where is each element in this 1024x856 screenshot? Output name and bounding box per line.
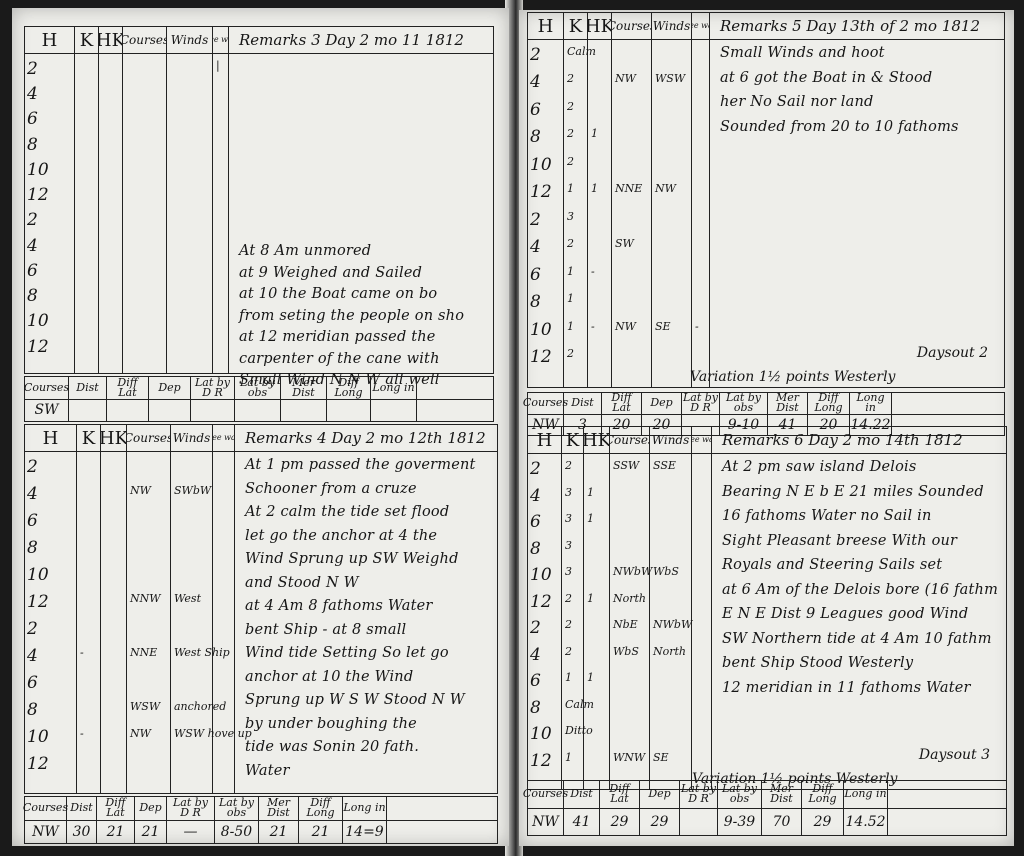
log-cell-knots: 1 xyxy=(565,751,572,764)
summary-value: 29 xyxy=(802,809,844,836)
log-cell-knots: 1 xyxy=(567,292,574,305)
hour-mark: 4 xyxy=(27,84,38,104)
log-cell-half_knots: 1 xyxy=(587,512,594,525)
column-leeway xyxy=(213,451,235,793)
remark-line: Wind tide Setting So let go xyxy=(245,645,449,661)
hour-mark: 10 xyxy=(530,320,552,340)
log-cell-leeway: | xyxy=(216,59,220,72)
header-half_knots: HK xyxy=(584,427,610,453)
hour-mark: 12 xyxy=(530,751,552,771)
summary-value: 8-50 xyxy=(215,821,259,844)
header-half_knots: HK xyxy=(101,425,127,451)
log-cell-courses: NW xyxy=(615,320,636,333)
log-cell-courses: NNE xyxy=(130,646,157,659)
header-courses: Courses xyxy=(610,427,650,453)
remark-line: let go the anchor at 4 the xyxy=(245,528,437,544)
column-courses: NWNNWNNEWSWNW xyxy=(127,451,171,793)
summary-value: 30 xyxy=(67,821,97,844)
header-courses: Courses xyxy=(127,425,171,451)
summary-header: Mer Dist xyxy=(768,393,808,414)
log-cell-winds: NWbW xyxy=(653,618,692,631)
summary-header: Dist xyxy=(564,393,602,414)
summary-header: Diff Long xyxy=(299,797,343,820)
hour-mark: 10 xyxy=(530,155,552,175)
remarks-title: Remarks 4 Day 2 mo 12th 1812 xyxy=(235,425,497,451)
column-knots: Calm22221321112 xyxy=(564,39,588,387)
header-winds: Winds xyxy=(167,27,213,53)
hour-mark: 4 xyxy=(530,486,541,506)
column-courses: NWNNESWNW xyxy=(612,39,652,387)
log-cell-knots: 1 xyxy=(565,671,572,684)
log-cell-courses: SW xyxy=(615,237,634,250)
log-cell-knots: 2 xyxy=(567,155,574,168)
header-knots: K xyxy=(562,427,584,453)
hour-mark: 8 xyxy=(530,292,541,312)
summary-value xyxy=(281,400,327,422)
header-courses: Courses xyxy=(612,13,652,39)
header-leeway: Lee way xyxy=(213,425,235,451)
summary-spacer xyxy=(387,797,497,820)
remark-line: by under boughing the xyxy=(245,716,417,732)
remark-line: Wind Sprung up SW Weighd xyxy=(245,551,459,567)
summary-header: Dist xyxy=(564,781,600,808)
summary-value: 21 xyxy=(299,821,343,844)
summary-value: 14.52 xyxy=(844,809,888,836)
log-cell-winds: NW xyxy=(655,182,676,195)
hour-mark: 6 xyxy=(27,511,38,531)
log-cell-knots: 3 xyxy=(565,539,572,552)
log-cell-winds: West xyxy=(174,592,201,605)
hour-mark: 12 xyxy=(27,185,49,205)
hour-mark: 10 xyxy=(530,724,552,744)
remark-line: E N E Dist 9 Leagues good Wind xyxy=(722,606,968,622)
log-header: HKHKCoursesWindsLee wayRemarks 6 Day 2 m… xyxy=(528,427,1006,454)
log-cell-half_knots: 1 xyxy=(591,127,598,140)
hour-mark: 6 xyxy=(530,512,541,532)
summary-spacer xyxy=(892,393,1004,414)
log-cell-half_knots: 1 xyxy=(587,671,594,684)
hour-mark: 2 xyxy=(530,618,541,638)
hour-mark: 12 xyxy=(27,754,49,774)
log-block-day4: HKHKCoursesWindsLee wayRemarks 4 Day 2 m… xyxy=(24,424,498,794)
log-cell-winds: SE xyxy=(653,751,669,764)
summary-value xyxy=(149,400,191,422)
remark-line: At 2 pm saw island Delois xyxy=(722,459,916,475)
days-out: Daysout 2 xyxy=(917,345,988,361)
log-cell-winds: SE xyxy=(655,320,671,333)
hour-mark: 6 xyxy=(27,673,38,693)
remark-line: carpenter of the cane with xyxy=(239,351,440,367)
remark-line: 16 fathoms Water no Sail in xyxy=(722,508,932,524)
days-out: Daysout 3 xyxy=(919,747,990,763)
summary-header: Lat by obs xyxy=(718,781,762,808)
remarks-title: Remarks 6 Day 2 mo 14th 1812 xyxy=(712,427,1006,453)
log-cell-courses: NW xyxy=(130,484,151,497)
column-winds: SWbWWestWest ShipanchoredWSW hove up xyxy=(171,451,213,793)
column-winds: SSEWbSNWbWNorthSE xyxy=(650,453,692,789)
column-half_knots: 1111 xyxy=(584,453,610,789)
header-knots: K xyxy=(564,13,588,39)
log-cell-courses: NbE xyxy=(613,618,638,631)
hour-mark: 6 xyxy=(27,261,38,281)
log-cell-knots: 3 xyxy=(565,486,572,499)
hour-mark: 4 xyxy=(27,236,38,256)
column-winds: WSWNWSE xyxy=(652,39,692,387)
hour-mark: 8 xyxy=(530,698,541,718)
summary-header: Long in xyxy=(343,797,387,820)
hour-mark: 2 xyxy=(27,457,38,477)
daily-summary-day6: CoursesDistDiff LatDepLat by D RLat by o… xyxy=(527,780,1007,836)
summary-value: 21 xyxy=(135,821,167,844)
remark-line: Water xyxy=(245,763,290,779)
summary-header: Mer Dist xyxy=(281,377,327,399)
hour-mark: 4 xyxy=(27,646,38,666)
summary-header: Lat by obs xyxy=(235,377,281,399)
remark-line: At 2 calm the tide set flood xyxy=(245,504,449,520)
log-cell-knots: 2 xyxy=(567,72,574,85)
hour-mark: 12 xyxy=(530,182,552,202)
summary-header: Diff Long xyxy=(327,377,371,399)
summary-value: 14=9 xyxy=(343,821,387,844)
log-cell-knots: 3 xyxy=(565,512,572,525)
header-knots: K xyxy=(77,425,101,451)
summary-header: Lat by D R xyxy=(167,797,215,820)
log-cell-half_knots: - xyxy=(591,265,595,278)
hour-mark: 6 xyxy=(530,671,541,691)
remark-line: 12 meridian in 11 fathoms Water xyxy=(722,680,971,696)
log-cell-knots: - xyxy=(80,727,84,740)
hour-mark: 8 xyxy=(530,539,541,559)
log-cell-knots: 2 xyxy=(567,237,574,250)
remark-line: at 9 Weighed and Sailed xyxy=(239,265,422,281)
remark-line: tide was Sonin 20 fath. xyxy=(245,739,419,755)
column-leeway: - xyxy=(692,39,710,387)
log-cell-knots: 2 xyxy=(567,127,574,140)
summary-header: Diff Long xyxy=(802,781,844,808)
hour-mark: 4 xyxy=(530,645,541,665)
summary-header: Mer Dist xyxy=(259,797,299,820)
log-cell-knots: 2 xyxy=(565,618,572,631)
column-winds xyxy=(167,53,213,373)
summary-header: Diff Lat xyxy=(97,797,135,820)
log-cell-knots: 2 xyxy=(565,645,572,658)
hour-mark: 12 xyxy=(27,592,49,612)
log-block-day6: HKHKCoursesWindsLee wayRemarks 6 Day 2 m… xyxy=(527,426,1007,790)
log-cell-courses: North xyxy=(613,592,646,605)
hour-mark: 10 xyxy=(27,565,49,585)
column-courses: SSWNWbWNorthNbEWbSWNW xyxy=(610,453,650,789)
summary-value: SW xyxy=(25,400,69,422)
summary-value: 41 xyxy=(564,809,600,836)
header-hour: H xyxy=(528,427,562,453)
summary-value xyxy=(69,400,107,422)
hour-mark: 4 xyxy=(530,72,541,92)
log-cell-courses: NW xyxy=(615,72,636,85)
log-cell-courses: NW xyxy=(130,727,151,740)
log-header: HKHKCoursesWindsLee wayRemarks 4 Day 2 m… xyxy=(25,425,497,452)
header-hour: H xyxy=(528,13,564,39)
column-half_knots xyxy=(99,53,123,373)
column-hour: 2468101224681012 xyxy=(528,453,562,789)
column-knots xyxy=(75,53,99,373)
summary-header: Mer Dist xyxy=(762,781,802,808)
summary-header: Lat by obs xyxy=(215,797,259,820)
column-hour: 2468101224681012 xyxy=(25,53,75,373)
remarks-title: Remarks 5 Day 13th of 2 mo 1812 xyxy=(710,13,1004,39)
column-knots: 233332221CalmDitto1 xyxy=(562,453,584,789)
summary-header: Courses xyxy=(528,781,564,808)
summary-header: Lat by D R xyxy=(191,377,235,399)
log-cell-knots: 1 xyxy=(567,320,574,333)
remark-line: at 4 Am 8 fathoms Water xyxy=(245,598,433,614)
remark-line: Bearing N E b E 21 miles Sounded xyxy=(722,484,984,500)
hour-mark: 2 xyxy=(530,459,541,479)
log-cell-winds: North xyxy=(653,645,686,658)
hour-mark: 4 xyxy=(27,484,38,504)
summary-value xyxy=(327,400,371,422)
remarks-column: At 8 Am unmoredat 9 Weighed and Sailedat… xyxy=(229,53,493,373)
header-winds: Winds xyxy=(650,427,692,453)
summary-header: Lat by obs xyxy=(720,393,768,414)
log-header: HKHKCoursesWindsLee wayRemarks 3 Day 2 m… xyxy=(25,27,493,54)
remarks-title: Remarks 3 Day 2 mo 11 1812 xyxy=(229,27,493,53)
column-hour: 2468101224681012 xyxy=(25,451,77,793)
hour-mark: 2 xyxy=(530,210,541,230)
remark-line: her No Sail nor land xyxy=(720,94,873,110)
log-cell-knots: 3 xyxy=(567,210,574,223)
remark-line: from seting the people on sho xyxy=(239,308,464,324)
header-half_knots: HK xyxy=(99,27,123,53)
remarks-column: At 1 pm passed the govermentSchooner fro… xyxy=(235,451,497,793)
log-cell-knots: 1 xyxy=(567,182,574,195)
summary-header: Dep xyxy=(642,393,682,414)
summary-header: Lat by D R xyxy=(682,393,720,414)
summary-header: Diff Lat xyxy=(600,781,640,808)
log-cell-courses: WNW xyxy=(613,751,645,764)
remark-line: and Stood N W xyxy=(245,575,359,591)
hour-mark: 12 xyxy=(530,592,552,612)
remark-line: at 6 Am of the Delois bore (16 fathm xyxy=(722,582,998,598)
remark-line: anchor at 10 the Wind xyxy=(245,669,413,685)
log-cell-half_knots: 1 xyxy=(587,592,594,605)
remark-line: SW Northern tide at 4 Am 10 fathm xyxy=(722,631,992,647)
header-winds: Winds xyxy=(652,13,692,39)
summary-header: Dep xyxy=(640,781,680,808)
log-header: HKHKCoursesWindsLee wayRemarks 5 Day 13t… xyxy=(528,13,1004,40)
summary-header: Diff Long xyxy=(808,393,850,414)
remark-line: at 6 got the Boat in & Stood xyxy=(720,70,932,86)
summary-value: 29 xyxy=(640,809,680,836)
header-leeway: Lee way xyxy=(692,13,710,39)
log-cell-knots: - xyxy=(80,646,84,659)
hour-mark: 10 xyxy=(27,311,49,331)
summary-header: Long in xyxy=(371,377,417,399)
remark-line: bent Ship - at 8 small xyxy=(245,622,406,638)
column-half_knots xyxy=(101,451,127,793)
log-block-day5: HKHKCoursesWindsLee wayRemarks 5 Day 13t… xyxy=(527,12,1005,388)
log-cell-courses: NNW xyxy=(130,592,161,605)
hour-mark: 6 xyxy=(27,109,38,129)
column-hour: 2468101224681012 xyxy=(528,39,564,387)
remark-line: Sight Pleasant breese With our xyxy=(722,533,957,549)
column-courses xyxy=(123,53,167,373)
hour-mark: 4 xyxy=(530,237,541,257)
summary-header: Dep xyxy=(149,377,191,399)
daily-summary-day3: CoursesDistDiff LatDepLat by D RLat by o… xyxy=(24,376,494,422)
summary-spacer xyxy=(417,400,493,422)
log-cell-knots: 2 xyxy=(565,592,572,605)
remark-line: At 8 Am unmored xyxy=(239,243,371,259)
summary-value: 70 xyxy=(762,809,802,836)
hour-mark: 8 xyxy=(27,538,38,558)
log-block-day3: HKHKCoursesWindsLee wayRemarks 3 Day 2 m… xyxy=(24,26,494,374)
log-cell-half_knots: 1 xyxy=(591,182,598,195)
header-leeway: Lee way xyxy=(692,427,712,453)
log-cell-knots: 2 xyxy=(567,347,574,360)
summary-header: Dist xyxy=(69,377,107,399)
log-cell-half_knots: - xyxy=(591,320,595,333)
summary-header: Lat by D R xyxy=(680,781,718,808)
summary-value: 9-39 xyxy=(718,809,762,836)
remark-line: at 12 meridian passed the xyxy=(239,329,436,345)
log-cell-courses: NWbW xyxy=(613,565,652,578)
remark-line: Royals and Steering Sails set xyxy=(722,557,942,573)
hour-mark: 6 xyxy=(530,100,541,120)
summary-header: Diff Lat xyxy=(602,393,642,414)
log-cell-knots: 1 xyxy=(567,265,574,278)
remark-line: at 10 the Boat came on bo xyxy=(239,286,437,302)
hour-mark: 8 xyxy=(27,135,38,155)
summary-header: Long in xyxy=(850,393,892,414)
summary-value: NW xyxy=(25,821,67,844)
log-cell-winds: SSE xyxy=(653,459,676,472)
hour-mark: 2 xyxy=(27,619,38,639)
remarks-column: At 2 pm saw island DeloisBearing N E b E… xyxy=(712,453,1006,789)
column-knots: -- xyxy=(77,451,101,793)
remark-line: Schooner from a cruze xyxy=(245,481,417,497)
log-cell-half_knots: 1 xyxy=(587,486,594,499)
hour-mark: 8 xyxy=(27,700,38,720)
daily-summary-day4: CoursesDistDiff LatDepLat by D RLat by o… xyxy=(24,796,498,844)
summary-value xyxy=(371,400,417,422)
log-cell-knots: 2 xyxy=(567,100,574,113)
summary-header: Long in xyxy=(844,781,888,808)
log-cell-winds: WSW xyxy=(655,72,685,85)
hour-mark: 8 xyxy=(530,127,541,147)
column-leeway xyxy=(692,453,712,789)
hour-mark: 8 xyxy=(27,286,38,306)
column-half_knots: 11-- xyxy=(588,39,612,387)
summary-spacer xyxy=(888,781,1006,808)
header-winds: Winds xyxy=(171,425,213,451)
remark-line: Sounded from 20 to 10 fathoms xyxy=(720,119,959,135)
summary-value xyxy=(235,400,281,422)
hour-mark: 10 xyxy=(530,565,552,585)
header-leeway: Lee way xyxy=(213,27,229,53)
log-cell-knots: 3 xyxy=(565,565,572,578)
hour-mark: 12 xyxy=(27,337,49,357)
summary-value xyxy=(191,400,235,422)
header-half_knots: HK xyxy=(588,13,612,39)
hour-mark: 6 xyxy=(530,265,541,285)
summary-value: 29 xyxy=(600,809,640,836)
hour-mark: 10 xyxy=(27,160,49,180)
summary-value: 21 xyxy=(259,821,299,844)
summary-value: — xyxy=(167,821,215,844)
hour-mark: 12 xyxy=(530,347,552,367)
summary-header: Courses xyxy=(528,393,564,414)
summary-value: 21 xyxy=(97,821,135,844)
log-cell-winds: WbS xyxy=(653,565,679,578)
log-cell-courses: WbS xyxy=(613,645,639,658)
header-hour: H xyxy=(25,425,77,451)
remark-line: Small Winds and hoot xyxy=(720,45,885,61)
summary-header: Diff Lat xyxy=(107,377,149,399)
hour-mark: 2 xyxy=(27,210,38,230)
variation-note: Variation 1½ points Westerly xyxy=(690,369,895,385)
summary-header: Courses xyxy=(25,377,69,399)
log-cell-courses: WSW xyxy=(130,700,160,713)
summary-header: Courses xyxy=(25,797,67,820)
summary-value: NW xyxy=(528,809,564,836)
summary-header: Dep xyxy=(135,797,167,820)
log-cell-winds: SWbW xyxy=(174,484,211,497)
remarks-column: Small Winds and hootat 6 got the Boat in… xyxy=(710,39,1004,387)
header-hour: H xyxy=(25,27,75,53)
summary-value xyxy=(680,809,718,836)
hour-mark: 2 xyxy=(530,45,541,65)
summary-spacer xyxy=(417,377,493,399)
hour-mark: 2 xyxy=(27,59,38,79)
remark-line: Sprung up W S W Stood N W xyxy=(245,692,465,708)
header-knots: K xyxy=(75,27,99,53)
log-cell-courses: SSW xyxy=(613,459,639,472)
summary-spacer xyxy=(888,809,1006,836)
remark-line: At 1 pm passed the goverment xyxy=(245,457,476,473)
column-leeway: | xyxy=(213,53,229,373)
log-cell-leeway: - xyxy=(695,320,699,333)
remark-line: bent Ship Stood Westerly xyxy=(722,655,913,671)
log-cell-courses: NNE xyxy=(615,182,642,195)
summary-value xyxy=(107,400,149,422)
summary-spacer xyxy=(387,821,497,844)
header-courses: Courses xyxy=(123,27,167,53)
summary-header: Dist xyxy=(67,797,97,820)
hour-mark: 10 xyxy=(27,727,49,747)
log-cell-knots: 2 xyxy=(565,459,572,472)
